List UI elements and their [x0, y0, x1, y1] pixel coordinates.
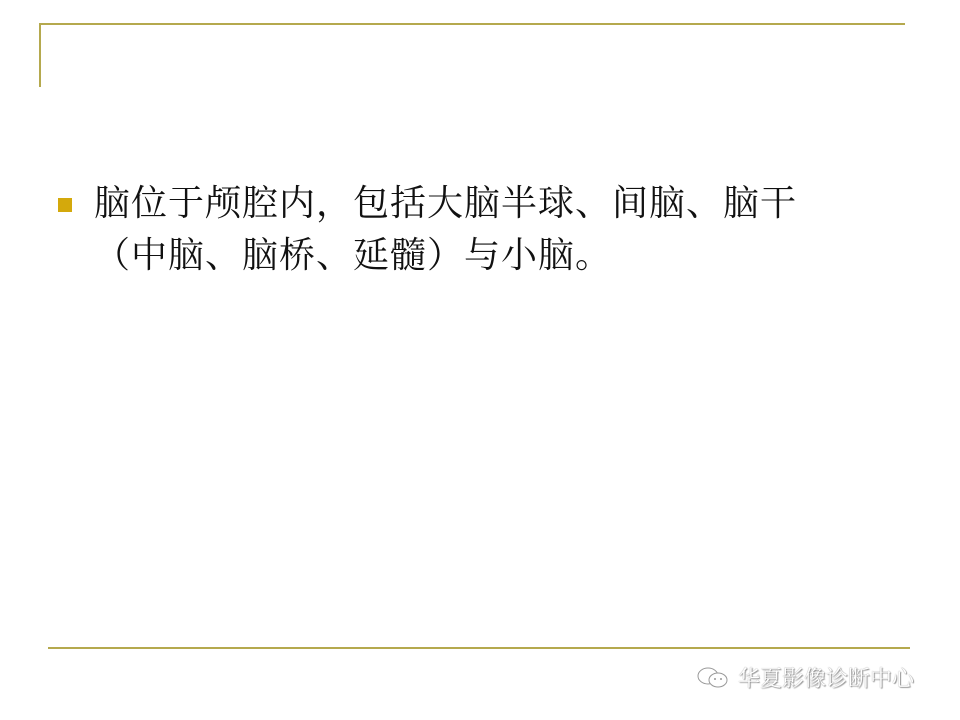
slide-content: 脑位于颅腔内，包括大脑半球、间脑、脑干 （中脑、脑桥、延髓）与小脑。: [58, 178, 898, 282]
square-bullet-icon: [58, 198, 72, 212]
top-vertical-rule: [39, 23, 41, 87]
bottom-horizontal-rule: [48, 647, 910, 649]
bullet-line-1: 脑位于颅腔内，包括大脑半球、间脑、脑干: [94, 178, 797, 230]
bullet-line-2: （中脑、脑桥、延髓）与小脑。: [94, 230, 797, 282]
bullet-item: 脑位于颅腔内，包括大脑半球、间脑、脑干 （中脑、脑桥、延髓）与小脑。: [58, 178, 898, 282]
wechat-icon: [696, 666, 730, 690]
top-horizontal-rule: [39, 23, 905, 25]
bullet-text: 脑位于颅腔内，包括大脑半球、间脑、脑干 （中脑、脑桥、延髓）与小脑。: [94, 178, 797, 282]
watermark: 华夏影像诊断中心: [696, 662, 914, 693]
watermark-text: 华夏影像诊断中心: [738, 662, 914, 693]
